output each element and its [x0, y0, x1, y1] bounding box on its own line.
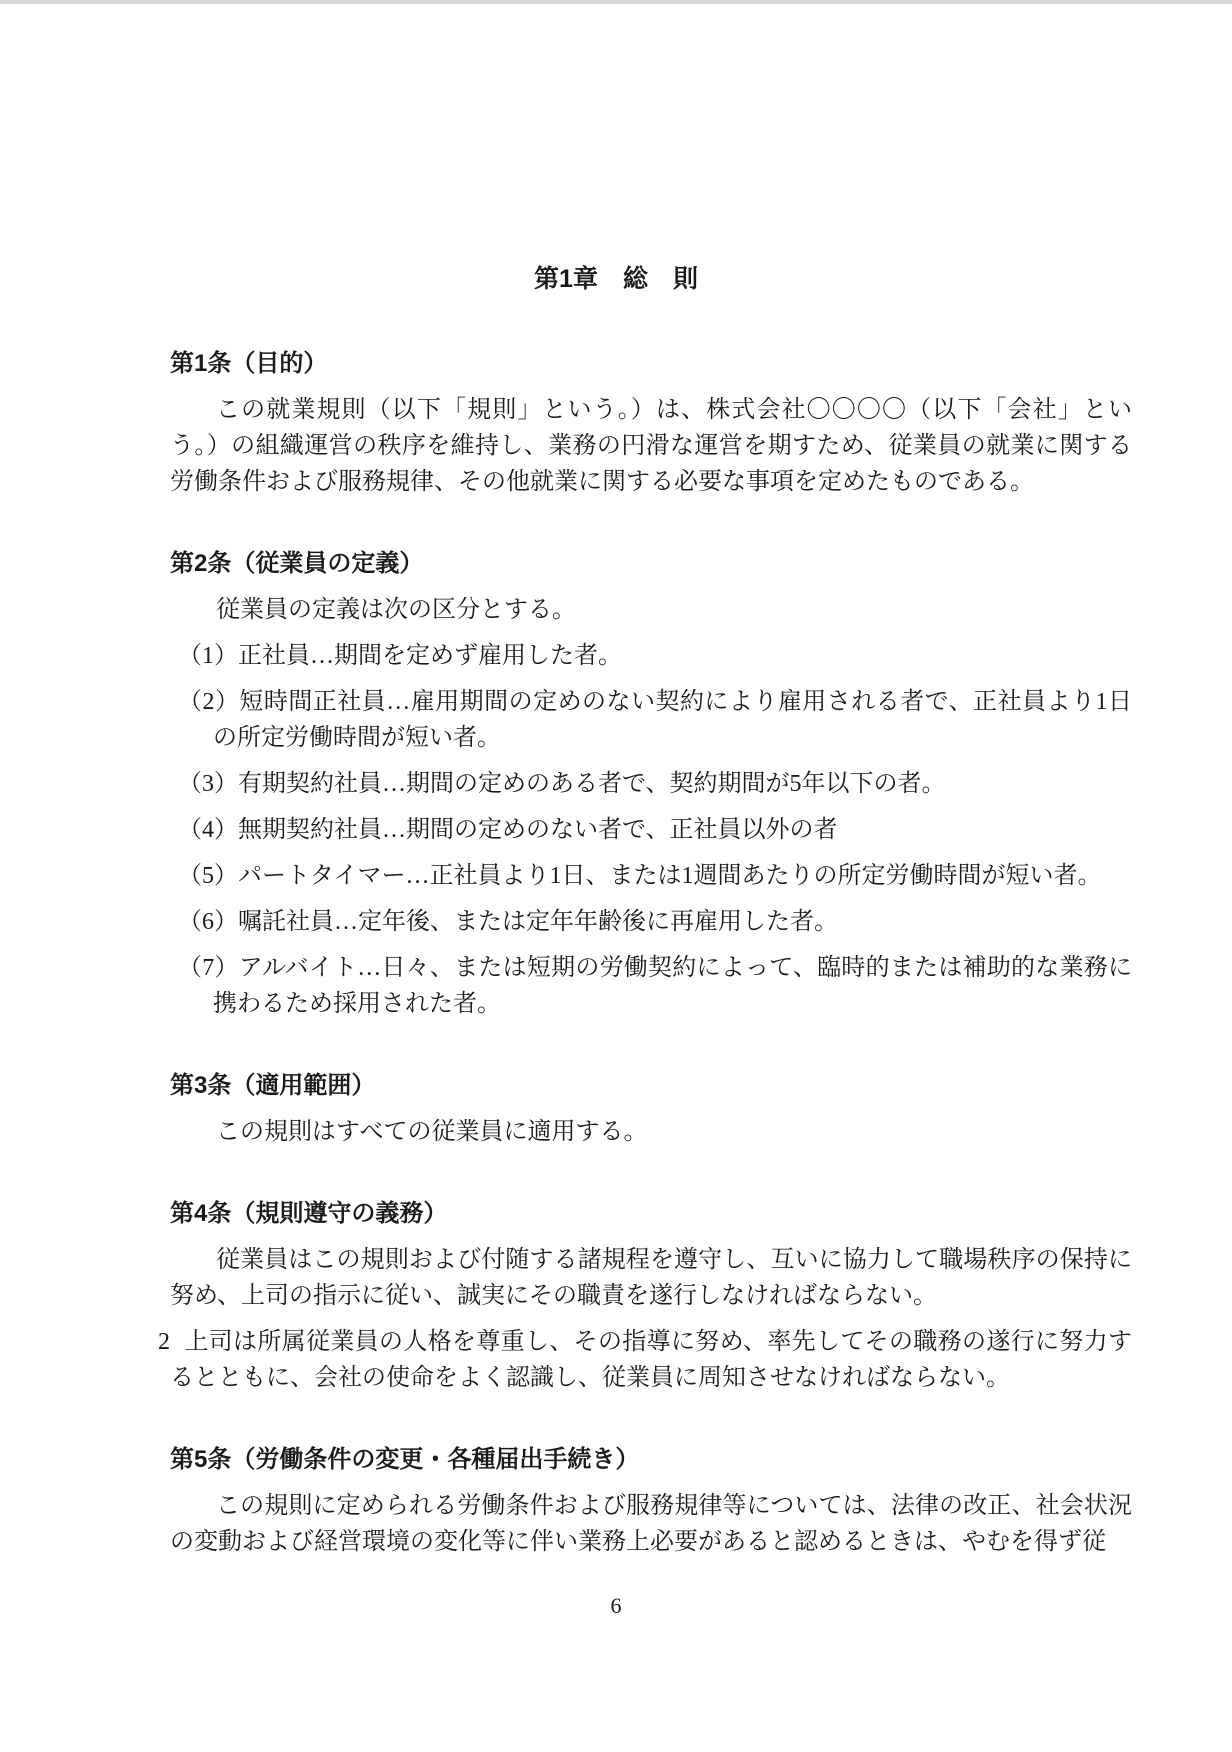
article-3: 第3条（適用範囲） この規則はすべての従業員に適用する。 [170, 1068, 1132, 1150]
article-paragraph: 従業員の定義は次の区分とする。 [170, 592, 1132, 628]
page-number: 6 [0, 1588, 1232, 1624]
numbered-paragraph: 2上司は所属従業員の人格を尊重し、その指導に努め、率先してその職務の遂行に努力す… [170, 1324, 1132, 1396]
article-heading: 第2条（従業員の定義） [170, 546, 1132, 582]
definition-list: （1）正社員…期間を定めず雇用した者。 （2）短時間正社員…雇用期間の定めのない… [170, 638, 1132, 1022]
article-1: 第1条（目的） この就業規則（以下「規則」という。）は、株式会社〇〇〇〇（以下「… [170, 346, 1132, 500]
article-heading: 第1条（目的） [170, 346, 1132, 382]
article-5: 第5条（労働条件の変更・各種届出手続き） この規則に定められる労働条件および服務… [170, 1442, 1132, 1560]
document-page: 第1章 総 則 第1条（目的） この就業規則（以下「規則」という。）は、株式会社… [0, 0, 1232, 1752]
article-paragraph: この規則はすべての従業員に適用する。 [170, 1114, 1132, 1150]
article-heading: 第3条（適用範囲） [170, 1068, 1132, 1104]
article-paragraph: この規則に定められる労働条件および服務規律等については、法律の改正、社会状況の変… [170, 1488, 1132, 1560]
page-top-edge-strip [0, 0, 1232, 4]
article-heading: 第4条（規則遵守の義務） [170, 1196, 1132, 1232]
article-paragraph: 従業員はこの規則および付随する諸規程を遵守し、互いに協力して職場秩序の保持に努め… [170, 1242, 1132, 1314]
paragraph-number: 2 [158, 1329, 170, 1355]
article-4: 第4条（規則遵守の義務） 従業員はこの規則および付随する諸規程を遵守し、互いに協… [170, 1196, 1132, 1396]
definition-item: （1）正社員…期間を定めず雇用した者。 [178, 638, 1132, 674]
article-paragraph: この就業規則（以下「規則」という。）は、株式会社〇〇〇〇（以下「会社」という。）… [170, 392, 1132, 500]
definition-item: （7）アルバイト…日々、または短期の労働契約によって、臨時的または補助的な業務に… [178, 950, 1132, 1022]
definition-item: （5）パートタイマー…正社員より1日、または1週間あたりの所定労働時間が短い者。 [178, 858, 1132, 894]
definition-item: （3）有期契約社員…期間の定めのある者で、契約期間が5年以下の者。 [178, 766, 1132, 802]
definition-item: （6）嘱託社員…定年後、または定年年齢後に再雇用した者。 [178, 904, 1132, 940]
paragraph-text: 上司は所属従業員の人格を尊重し、その指導に努め、率先してその職務の遂行に努力する… [170, 1329, 1132, 1391]
definition-item: （4）無期契約社員…期間の定めのない者で、正社員以外の者 [178, 812, 1132, 848]
article-2: 第2条（従業員の定義） 従業員の定義は次の区分とする。 （1）正社員…期間を定め… [170, 546, 1132, 1022]
chapter-title: 第1章 総 則 [0, 261, 1232, 297]
article-heading: 第5条（労働条件の変更・各種届出手続き） [170, 1442, 1132, 1478]
definition-item: （2）短時間正社員…雇用期間の定めのない契約により雇用される者で、正社員より1日… [178, 684, 1132, 756]
